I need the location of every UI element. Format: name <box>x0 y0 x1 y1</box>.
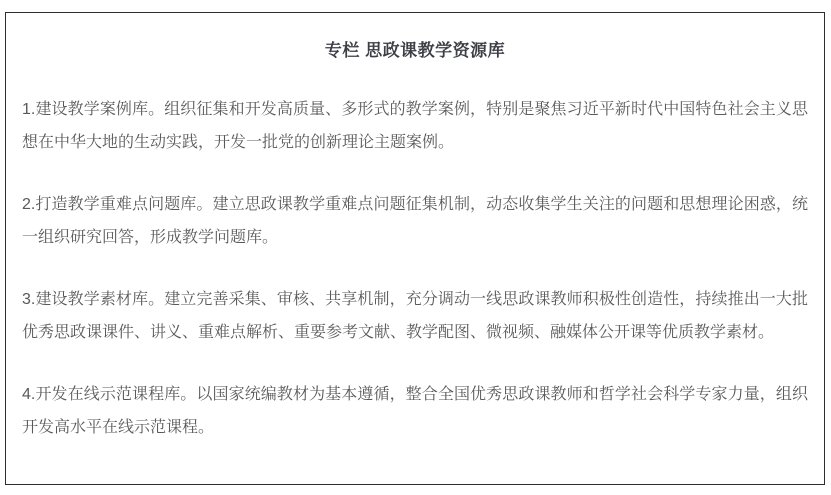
callout-title: 专栏 思政课教学资源库 <box>22 39 808 63</box>
callout-body: 1.建设教学案例库。组织征集和开发高质量、多形式的教学案例，特别是聚焦习近平新时… <box>22 93 808 444</box>
paragraph-material-library: 3.建设教学素材库。建立完善采集、审核、共享机制，充分调动一线思政课教师积极性创… <box>22 283 808 349</box>
paragraph-case-library: 1.建设教学案例库。组织征集和开发高质量、多形式的教学案例，特别是聚焦习近平新时… <box>22 93 808 159</box>
column-callout-box: 专栏 思政课教学资源库 1.建设教学案例库。组织征集和开发高质量、多形式的教学案… <box>5 12 825 485</box>
paragraph-online-course-library: 4.开发在线示范课程库。以国家统编教材为基本遵循，整合全国优秀思政课教师和哲学社… <box>22 378 808 444</box>
paragraph-question-library: 2.打造教学重难点问题库。建立思政课教学重难点问题征集机制，动态收集学生关注的问… <box>22 188 808 254</box>
